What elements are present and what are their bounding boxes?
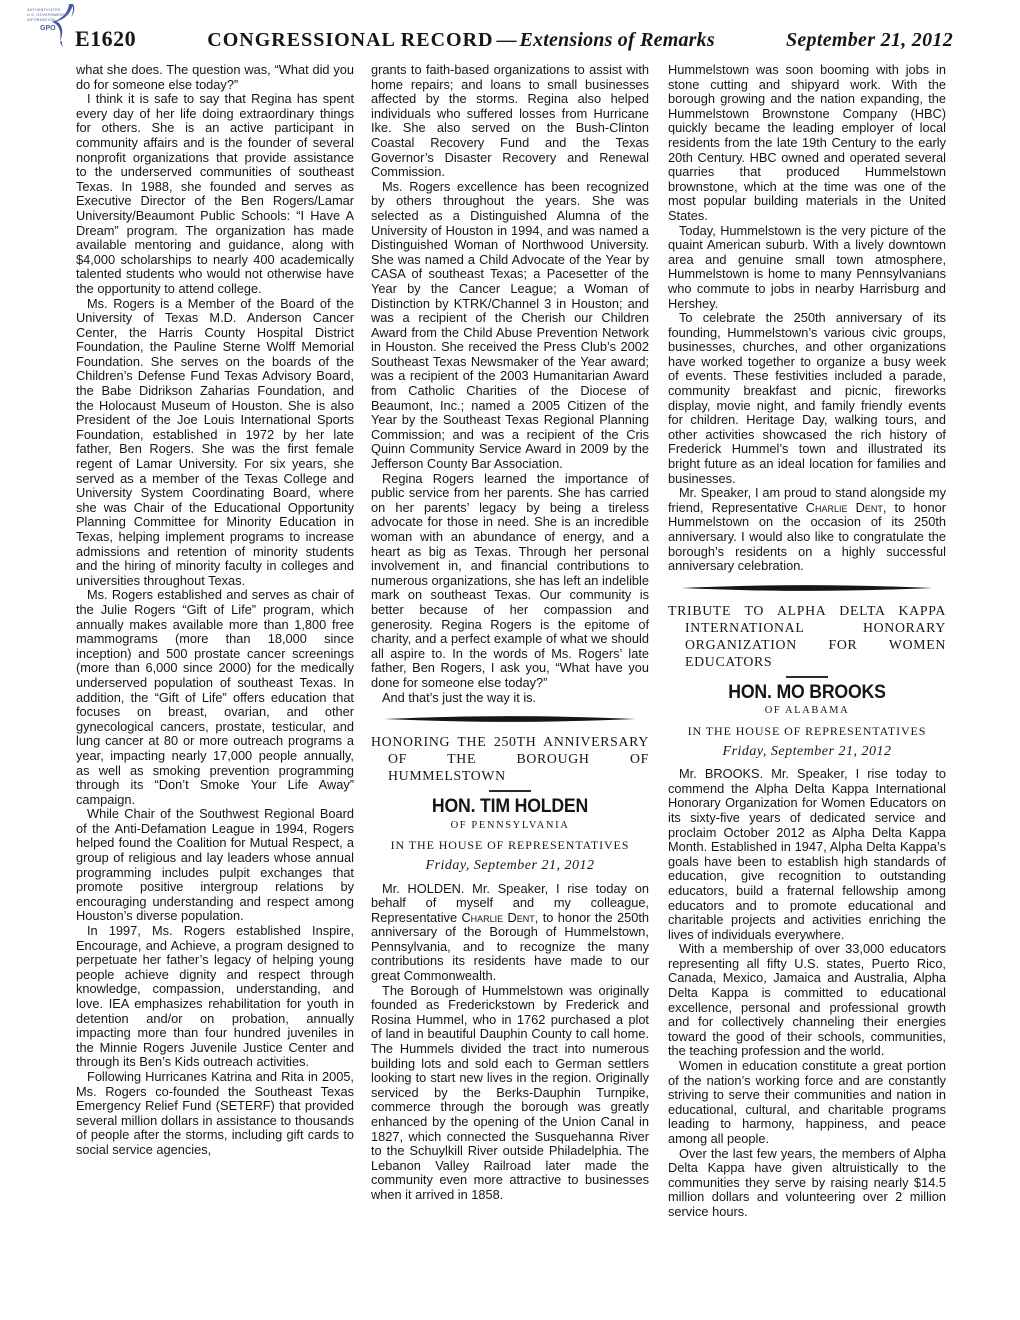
paragraph: Mr. BROOKS. Mr. Speaker, I rise today to… (668, 767, 946, 942)
paragraph: what she does. The question was, “What d… (76, 63, 354, 92)
record-date: September 21, 2012 (786, 29, 953, 52)
title-rule (786, 676, 828, 678)
page-number: E1620 (75, 26, 136, 52)
paragraph: And that’s just the way it is. (371, 691, 649, 706)
lens-divider-icon (384, 715, 636, 723)
paragraph: Regina Rogers learned the importance of … (371, 472, 649, 691)
member-state: OF PENNSYLVANIA (371, 819, 649, 834)
lens-divider-icon (681, 584, 933, 592)
paragraph: In 1997, Ms. Rogers established Inspire,… (76, 924, 354, 1070)
speech-date: Friday, September 21, 2012 (668, 745, 946, 760)
congressional-record-page: AUTHENTICATED U.S. GOVERNMENT INFORMATIO… (0, 0, 1020, 1320)
article-title: TRIBUTE TO ALPHA DELTA KAPPA INTERNATION… (668, 602, 946, 670)
seal-line-1: AUTHENTICATED (27, 8, 61, 12)
seal-line-3: INFORMATION (27, 18, 55, 22)
member-name-heading: HON. TIM HOLDEN (381, 800, 640, 815)
member-chamber: IN THE HOUSE OF REPRESENTATIVES (371, 838, 649, 853)
paragraph: With a membership of over 33,000 educato… (668, 942, 946, 1059)
member-name-heading: HON. MO BROOKS (678, 686, 937, 701)
paragraph: Ms. Rogers excellence has been recognize… (371, 180, 649, 472)
paragraph: Ms. Rogers is a Member of the Board of t… (76, 297, 354, 589)
paragraph: grants to faith-based organizations to a… (371, 63, 649, 180)
paragraph: Mr. Speaker, I am proud to stand alongsi… (668, 486, 946, 574)
gpo-authentication-seal-icon: AUTHENTICATED U.S. GOVERNMENT INFORMATIO… (24, 3, 80, 54)
paragraph: While Chair of the Southwest Regional Bo… (76, 807, 354, 924)
member-state: OF ALABAMA (668, 704, 946, 719)
paragraph: I think it is safe to say that Regina ha… (76, 92, 354, 296)
record-title-main: CONGRESSIONAL RECORD (207, 29, 493, 51)
paragraph: Women in education constitute a great po… (668, 1059, 946, 1147)
article-divider (668, 584, 946, 592)
paragraph: Mr. HOLDEN. Mr. Speaker, I rise today on… (371, 882, 649, 984)
member-name-smallcaps: Charlie Dent (461, 910, 534, 925)
paragraph: Ms. Rogers established and serves as cha… (76, 588, 354, 807)
speech-date: Friday, September 21, 2012 (371, 859, 649, 874)
member-chamber: IN THE HOUSE OF REPRESENTATIVES (668, 724, 946, 739)
paragraph: To celebrate the 250th anniversary of it… (668, 311, 946, 486)
article-title: HONORING THE 250TH ANNIVERSARY OF THE BO… (371, 733, 649, 784)
paragraph: Over the last few years, the members of … (668, 1147, 946, 1220)
paragraph: Today, Hummelstown is the very picture o… (668, 224, 946, 312)
paragraph: The Borough of Hummelstown was originall… (371, 984, 649, 1203)
text-column-2: grants to faith-based organizations to a… (371, 63, 649, 1203)
article-divider (371, 715, 649, 723)
record-title-section: Extensions of Remarks (519, 29, 714, 51)
record-title: CONGRESSIONAL RECORD—Extensions of Remar… (136, 29, 786, 52)
record-title-dash: — (496, 29, 516, 51)
text-column-3: Hummelstown was soon booming with jobs i… (668, 63, 946, 1220)
seal-gpo-label: GPO (40, 25, 56, 32)
member-name-smallcaps: Charlie Dent (806, 500, 883, 515)
paragraph: Following Hurricanes Katrina and Rita in… (76, 1070, 354, 1158)
seal-line-2: U.S. GOVERNMENT (27, 13, 66, 17)
text-column-1: what she does. The question was, “What d… (76, 63, 354, 1158)
paragraph: Hummelstown was soon booming with jobs i… (668, 63, 946, 224)
page-header: E1620 CONGRESSIONAL RECORD—Extensions of… (75, 26, 953, 52)
title-rule (489, 790, 531, 792)
